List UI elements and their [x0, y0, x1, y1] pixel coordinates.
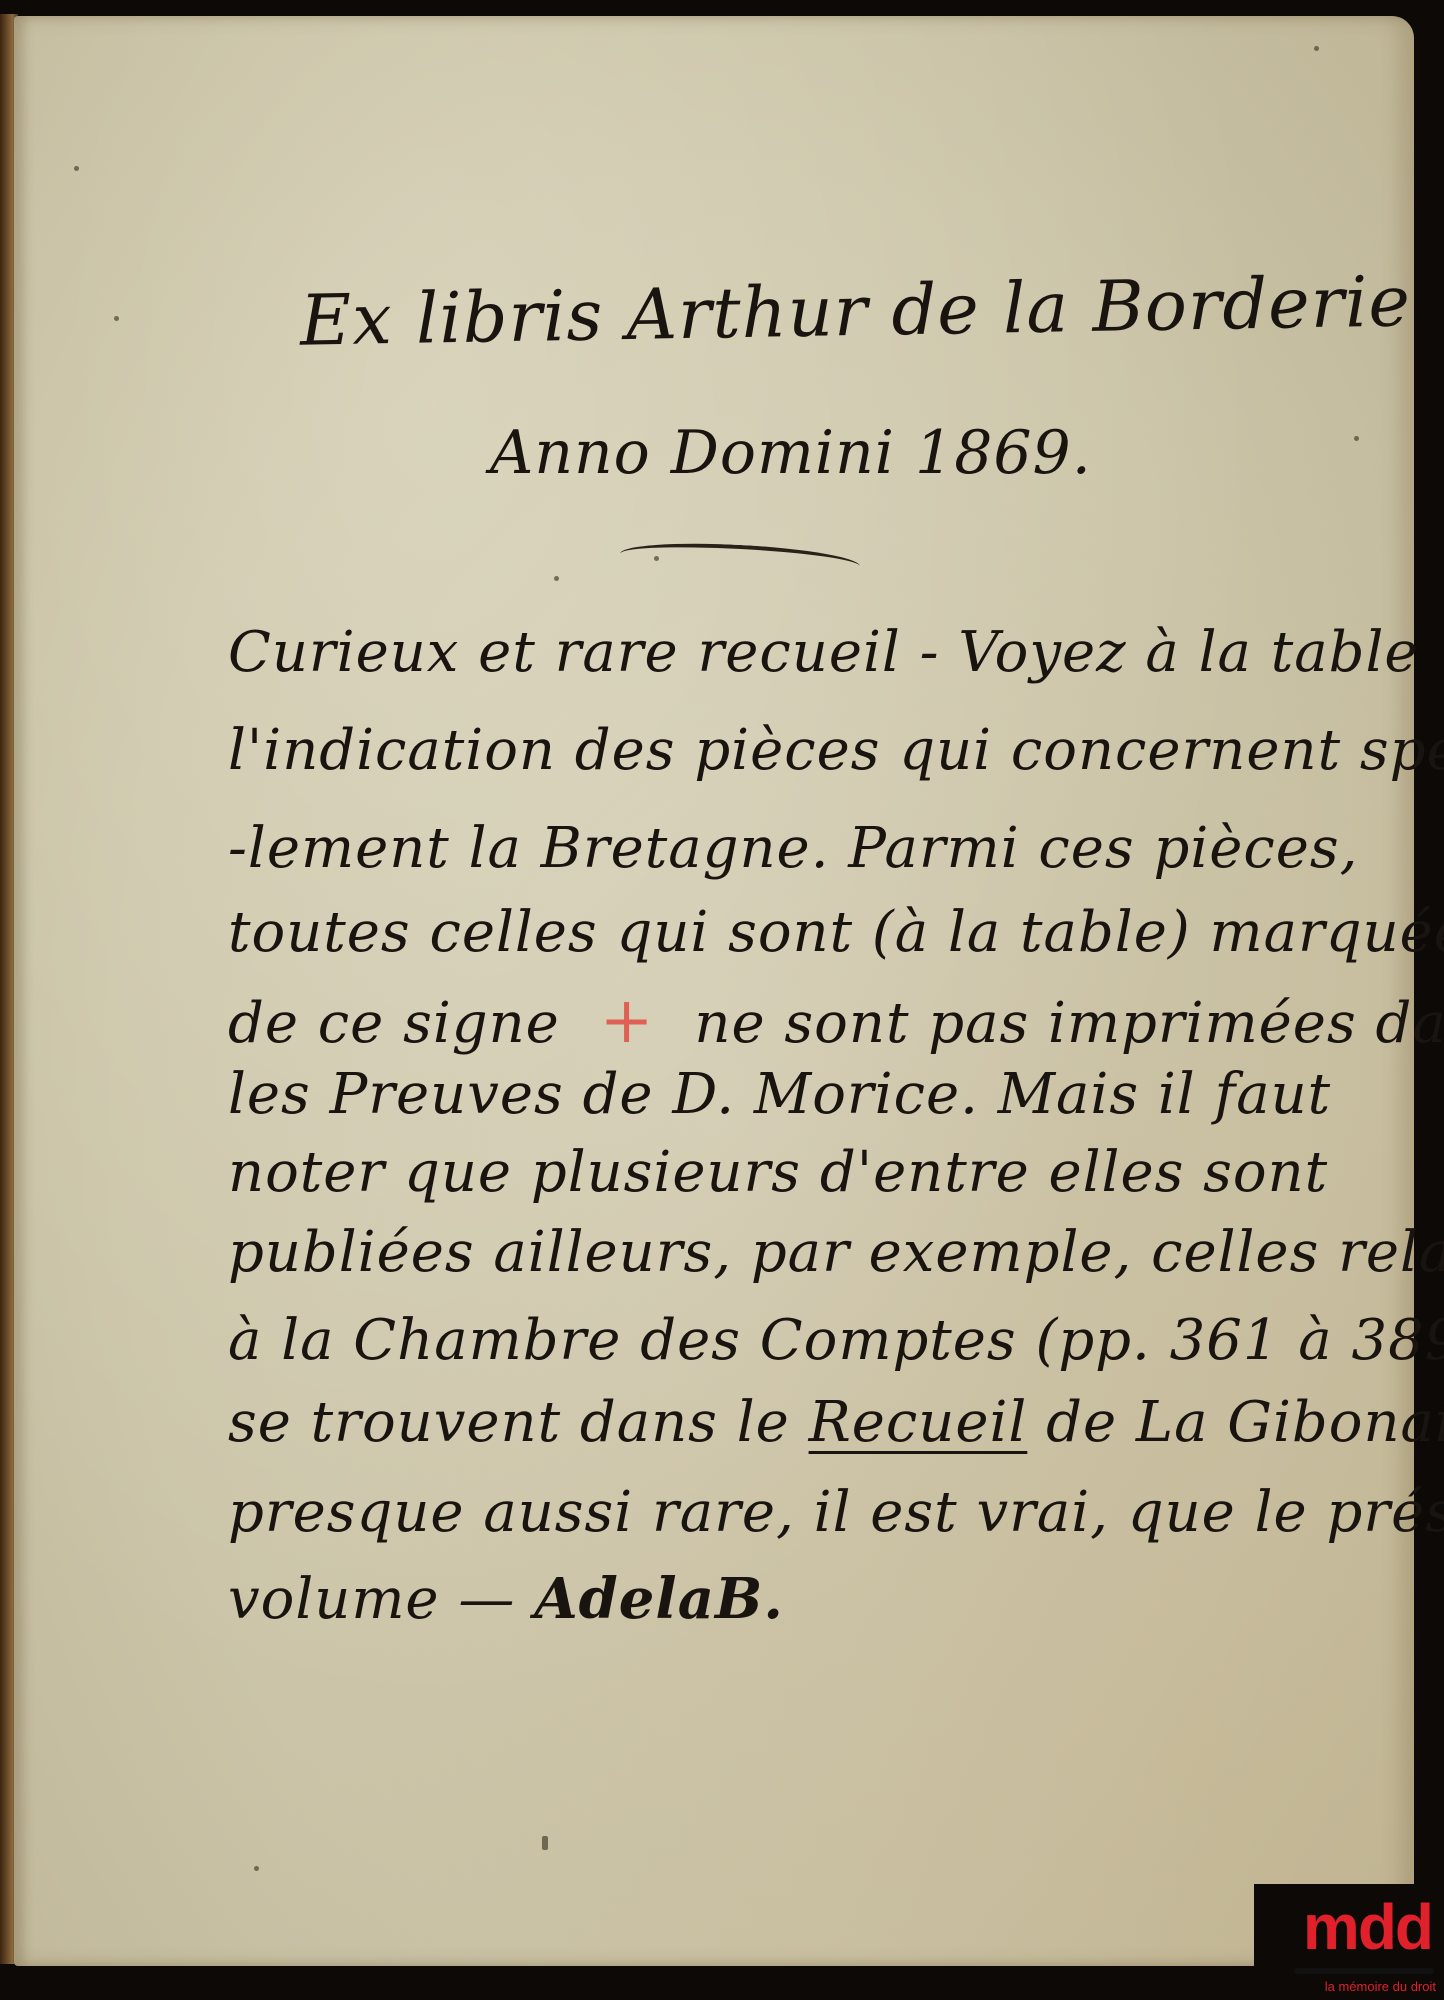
body-line-11: presque aussi rare, il est vrai, que le …: [228, 1480, 1444, 1545]
line-text: de La Gibonais,: [1046, 1390, 1444, 1455]
body-line-1: Curieux et rare recueil - Voyez à la tab…: [228, 620, 1419, 685]
logo-underbar: [1294, 1968, 1434, 1974]
body-line-6: les Preuves de D. Morice. Mais il faut: [228, 1062, 1331, 1127]
date-heading: Anno Domini 1869.: [490, 418, 1092, 488]
body-line-4: toutes celles qui sont (à la table) marq…: [228, 900, 1444, 965]
body-line-8: publiées ailleurs, par exemple, celles r…: [228, 1220, 1444, 1285]
body-line-7: noter que plusieurs d'entre elles sont: [228, 1140, 1328, 1205]
line-text: de ce signe: [228, 991, 560, 1056]
line-text: ne sont pas imprimées dans: [694, 991, 1444, 1056]
document-scan: Ex libris Arthur de la Borderie Anno Dom…: [0, 0, 1444, 2000]
signature: AdelaB.: [534, 1566, 784, 1632]
watermark-tagline: la mémoire du droit: [1325, 1979, 1436, 1994]
red-cross-mark-icon: +: [600, 984, 655, 1058]
paper-fleck: [254, 1866, 259, 1871]
body-line-10: se trouvent dans le Recueil de La Gibona…: [228, 1390, 1444, 1455]
mdd-logo: mdd: [1303, 1890, 1432, 1964]
body-line-5: de ce signe+ne sont pas imprimées dans: [228, 984, 1444, 1058]
paper-fleck: [1314, 46, 1319, 51]
paper-fleck: [554, 576, 559, 581]
paper-fleck: [542, 1836, 548, 1850]
line-text: volume —: [228, 1567, 515, 1632]
paper-fleck: [74, 166, 79, 171]
body-line-9: à la Chambre des Comptes (pp. 361 à 389): [228, 1308, 1444, 1373]
watermark: mdd la mémoire du droit: [1254, 1884, 1444, 2000]
underlined-title: Recueil: [809, 1390, 1028, 1455]
line-text: se trouvent dans le: [228, 1390, 790, 1455]
body-line-3: -lement la Bretagne. Parmi ces pièces,: [228, 816, 1358, 881]
body-line-12: volume — AdelaB.: [228, 1566, 784, 1632]
paper-fleck: [1354, 436, 1359, 441]
paper-fleck: [114, 316, 119, 321]
body-line-2: l'indication des pièces qui concernent s…: [228, 718, 1444, 783]
